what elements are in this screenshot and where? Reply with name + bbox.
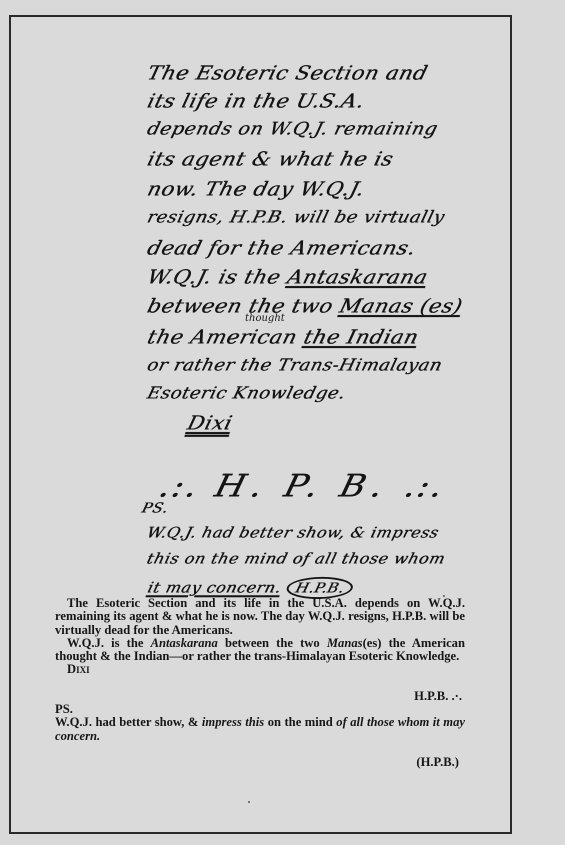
transcript-signature: H.P.B. .·. [55,690,465,703]
transcript-text: W.Q.J. had better show, & [55,715,202,729]
stray-mark [248,801,250,803]
manuscript-line: Esoteric Knowledge. [145,384,348,403]
signature-text: H. P. B. [211,468,393,505]
transcript-text: between the two [218,636,327,650]
manuscript-line: its life in the U.S.A. [145,90,367,112]
manuscript-ps-label: PS. [140,499,170,516]
transcript-ps-label: PS. [55,703,465,716]
transcript-paragraph-1: The Esoteric Section and its life in the… [55,597,465,637]
transcript-manas: Manas [327,636,363,650]
manuscript-line: dead for the Americans. [145,237,418,259]
manuscript-antaskarana: Antaskarana [285,266,430,288]
transcript-closing-signature: (H.P.B.) [55,756,465,769]
manuscript-indian: the Indian [301,326,421,348]
manuscript-dixi: Dixi [185,412,235,434]
manuscript-line: between the two Manas (es) [145,295,465,317]
transcript-text: W.Q.J. is the [67,636,151,650]
manuscript-ps-line: this on the mind of all those whom [145,550,447,567]
manuscript-interlinear-thought: thought [245,313,285,324]
printed-transcription: The Esoteric Section and its life in the… [55,597,465,769]
transcript-text: on the mind [264,715,336,729]
manuscript-text: W.Q.J. is the [145,266,283,288]
manuscript-line: W.Q.J. is the Antaskarana [145,266,430,288]
manuscript-ps-line: W.Q.J. had better show, & impress [145,524,441,541]
manuscript-line: The Esoteric Section and [145,62,430,84]
transcript-impress-this: impress this [202,715,264,729]
manuscript-line: depends on W.Q.J. remaining [145,119,440,139]
manuscript-line: the American the Indian [145,326,421,348]
manuscript-line: now. The day W.Q.J. [145,178,367,200]
manuscript-manas: Manas (es) [337,295,465,317]
transcript-ps-paragraph: W.Q.J. had better show, & impress this o… [55,716,465,743]
transcript-antaskarana: Antaskarana [151,636,218,650]
transcript-paragraph-2: W.Q.J. is the Antaskarana between the tw… [55,637,465,664]
manuscript-text: between the two [145,295,335,317]
manuscript-ps-text: it may concern. [146,579,284,596]
manuscript-line: resigns, H.P.B. will be virtually [145,208,447,227]
manuscript-line: or rather the Trans-Himalayan [145,356,444,375]
manuscript-signature: .:. H. P. B. .:. [155,468,449,505]
manuscript-text: the American [145,326,300,348]
manuscript-line: its agent & what he is [145,148,396,170]
transcript-dixi: Dixi [55,663,465,676]
